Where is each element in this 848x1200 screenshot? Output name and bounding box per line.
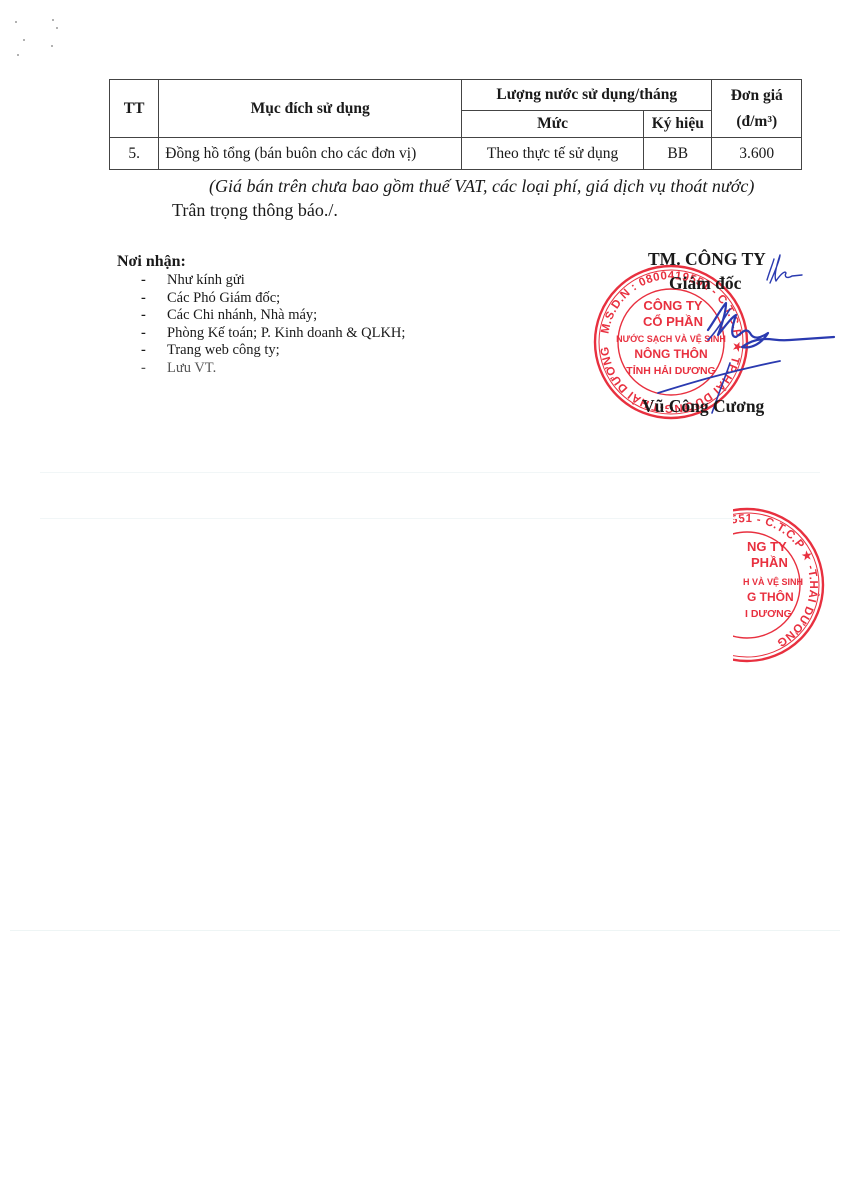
- dash-bullet: -: [141, 325, 146, 343]
- list-item: -Các Chi nhánh, Nhà máy;: [117, 307, 405, 325]
- cell-tt: 5.: [110, 138, 159, 170]
- header-price-label: Đơn giá: [712, 83, 801, 109]
- list-item: -Lưu VT.: [117, 360, 405, 378]
- dash-bullet: -: [141, 290, 146, 308]
- table-row: 5. Đồng hồ tổng (bán buôn cho các đơn vị…: [110, 138, 802, 170]
- list-item: -Phòng Kế toán; P. Kinh doanh & QLKH;: [117, 325, 405, 343]
- header-purpose: Mục đích sử dụng: [159, 80, 462, 138]
- dash-bullet: -: [141, 360, 146, 378]
- list-item: -Trang web công ty;: [117, 342, 405, 360]
- price-note: (Giá bán trên chưa bao gồm thuế VAT, các…: [209, 176, 754, 197]
- scan-artifact-line: [40, 518, 740, 519]
- scan-artifact-line: [40, 472, 820, 473]
- header-price-unit: (đ/m³): [712, 109, 801, 135]
- header-price: Đơn giá (đ/m³): [712, 80, 802, 138]
- recipients-list: -Như kính gửi -Các Phó Giám đốc; -Các Ch…: [117, 272, 405, 378]
- dash-bullet: -: [141, 307, 146, 325]
- svg-text:G THÔN: G THÔN: [747, 589, 794, 604]
- header-code: Ký hiệu: [644, 111, 712, 138]
- svg-text:H VÀ VỆ SINH: H VÀ VỆ SINH: [743, 576, 803, 587]
- dash-bullet: -: [141, 342, 146, 360]
- recipients-block: Nơi nhận: -Như kính gửi -Các Phó Giám đố…: [117, 253, 405, 378]
- header-tt: TT: [110, 80, 159, 138]
- cell-purpose: Đồng hồ tổng (bán buôn cho các đơn vị): [159, 138, 462, 170]
- signature-role: Giám đốc: [669, 273, 741, 294]
- recipients-title: Nơi nhận:: [117, 253, 405, 271]
- svg-text:NG TY: NG TY: [747, 539, 787, 554]
- signature-name: Vũ Công Cương: [642, 396, 764, 417]
- list-item: -Như kính gửi: [117, 272, 405, 290]
- dash-bullet: -: [141, 272, 146, 290]
- svg-text:PHẦN: PHẦN: [751, 555, 788, 570]
- header-level: Mức: [462, 111, 644, 138]
- svg-text:I DƯƠNG: I DƯƠNG: [745, 608, 792, 620]
- header-usage-group: Lượng nước sử dụng/tháng: [462, 80, 712, 111]
- list-item: -Các Phó Giám đốc;: [117, 290, 405, 308]
- cell-code: BB: [644, 138, 712, 170]
- closing-regards: Trân trọng thông báo./.: [172, 200, 338, 221]
- partial-seal-stamp: 0419551 - C.T.C.P ★ -T.HẢI DƯƠNG NG TY P…: [733, 505, 848, 665]
- water-price-table: TT Mục đích sử dụng Lượng nước sử dụng/t…: [109, 79, 802, 170]
- cell-price: 3.600: [712, 138, 802, 170]
- signature-org: TM. CÔNG TY: [648, 249, 766, 270]
- scan-artifact-line: [10, 930, 840, 931]
- cell-level: Theo thực tế sử dụng: [462, 138, 644, 170]
